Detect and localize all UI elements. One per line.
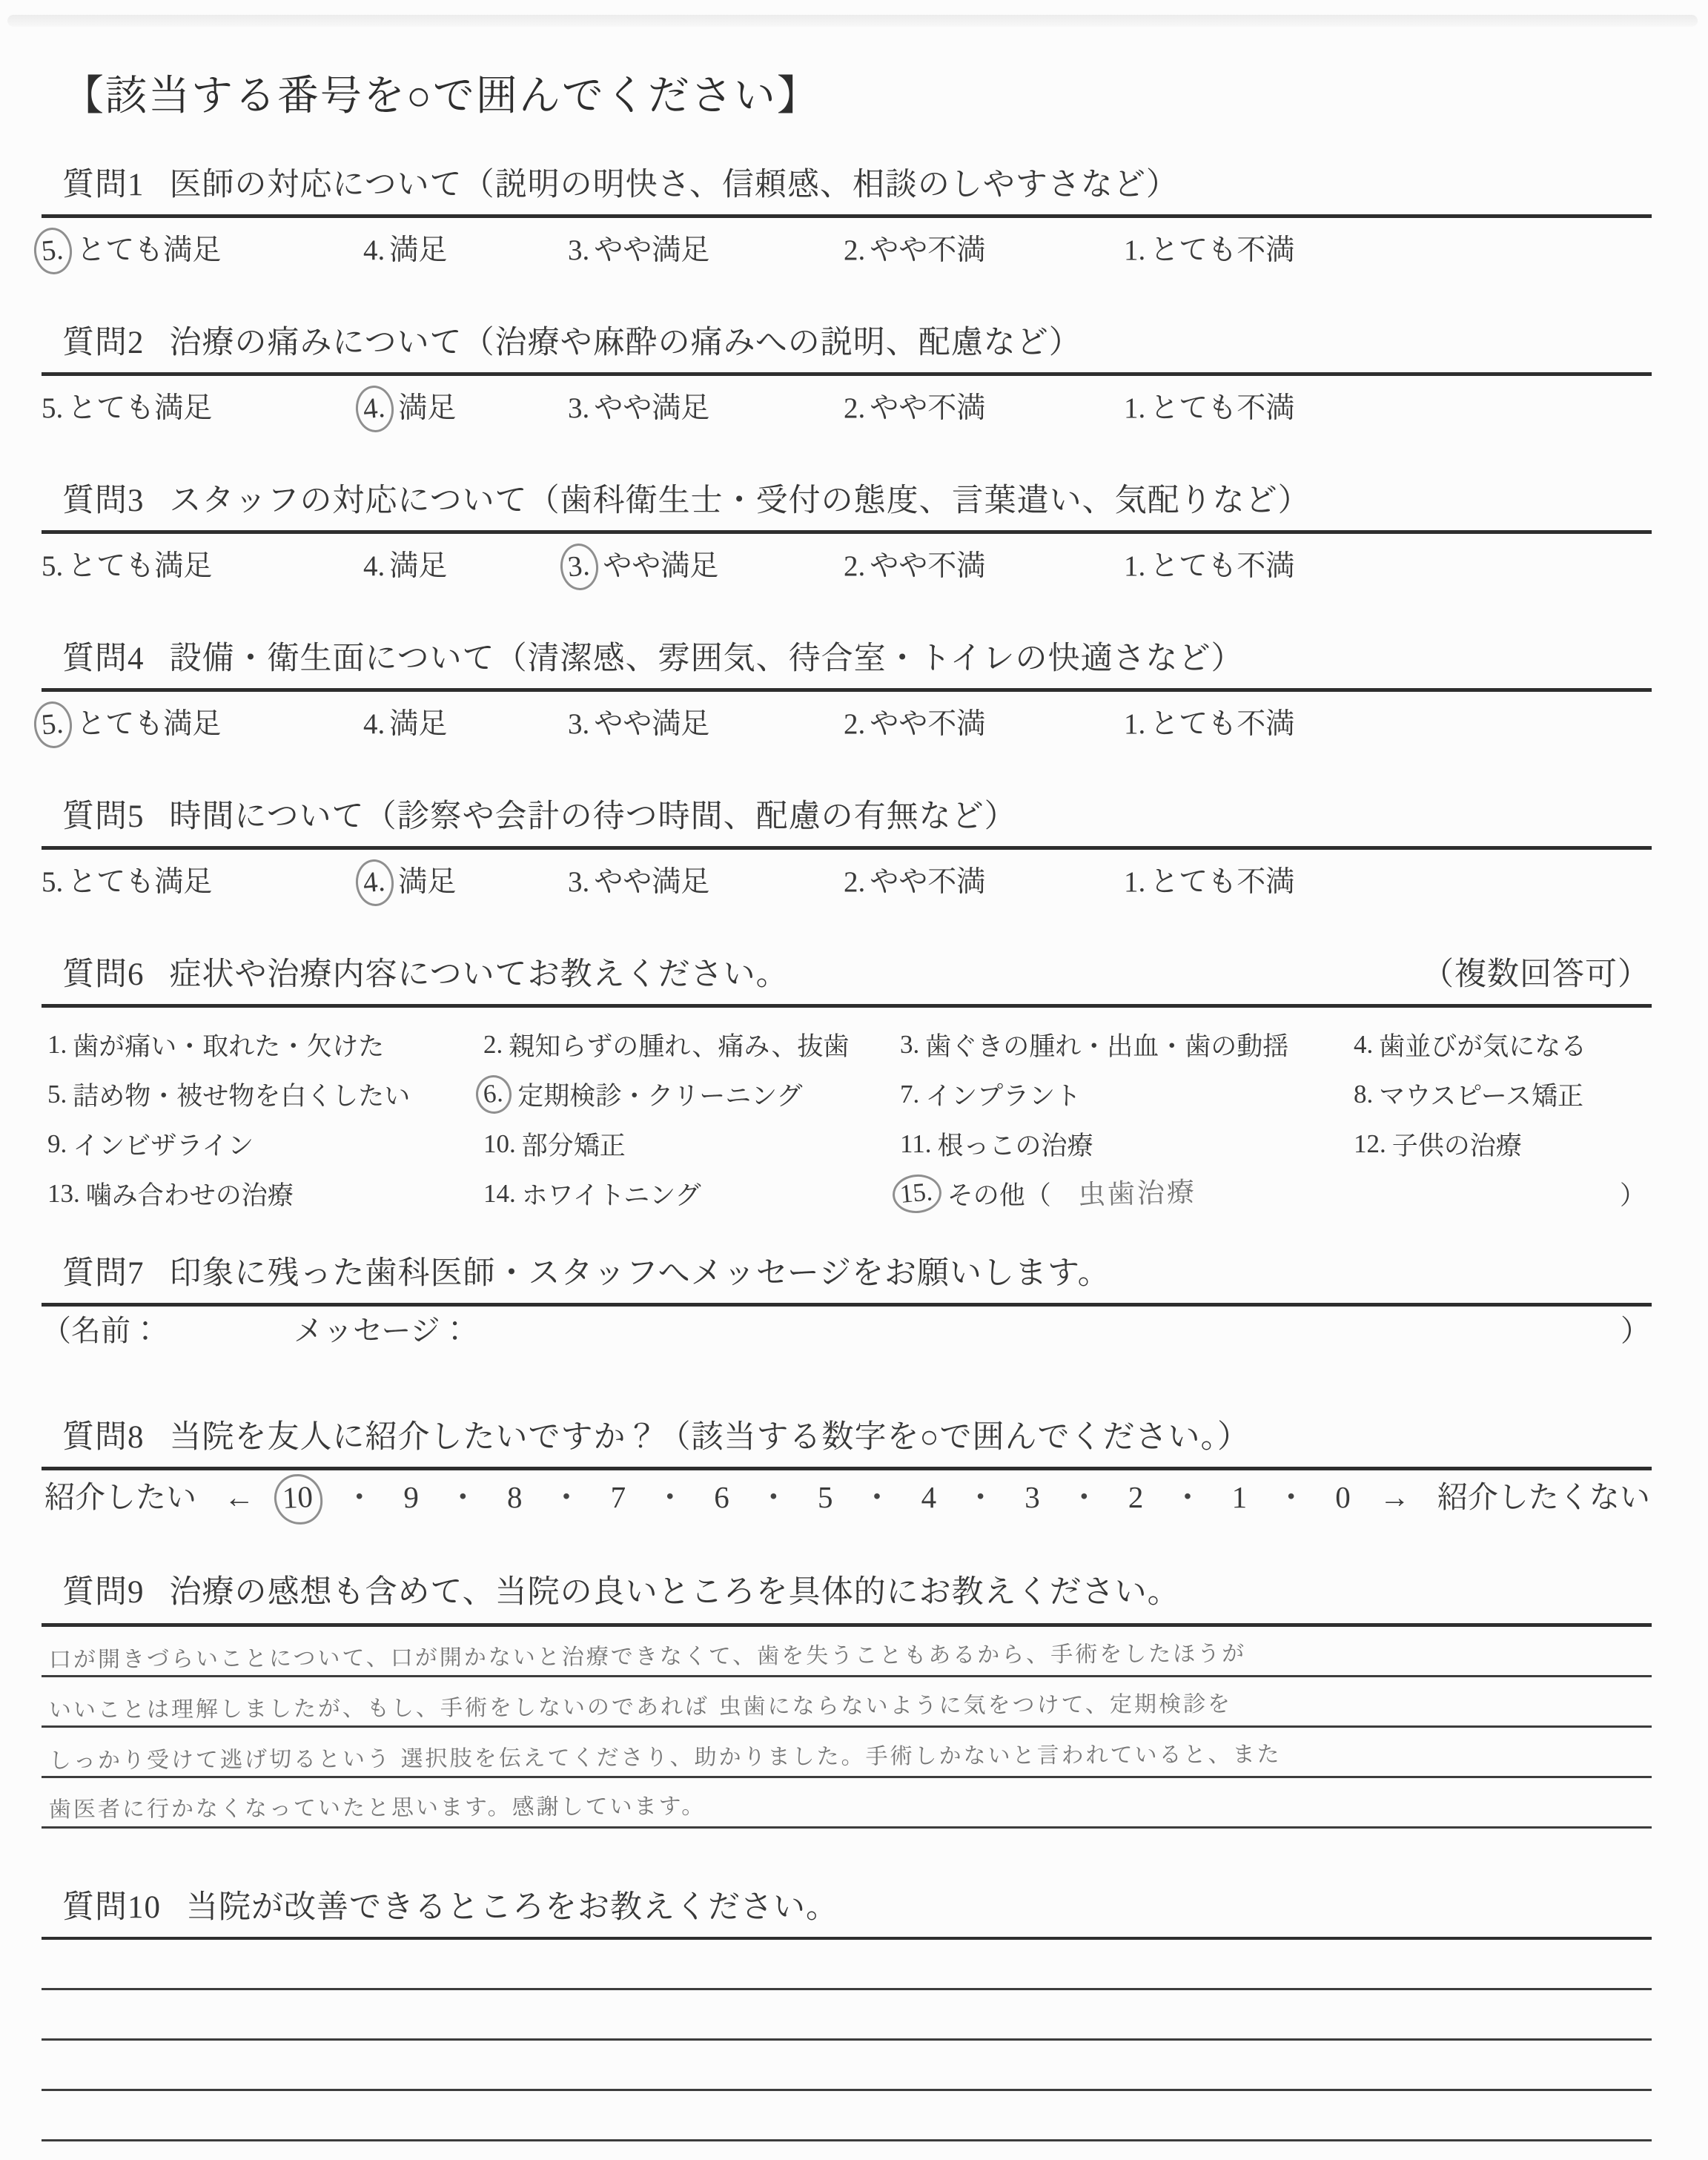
rating-option: 2.やや不満 [844, 863, 1124, 901]
ruled-line: 口が開きづらいことについて、口が開かないと治療できなくて、歯を失うこともあるから… [42, 1627, 1652, 1677]
option-number: 7. [900, 1080, 919, 1109]
option-label: とても不満 [1150, 234, 1294, 266]
question-7-header: 質問7印象に残った歯科医師・スタッフへメッセージをお願いします。 [62, 1254, 1650, 1294]
question-7-section: 質問7印象に残った歯科医師・スタッフへメッセージをお願いします。 （名前： メッ… [62, 1254, 1650, 1350]
symptom-option: 7.インプラント [900, 1069, 1354, 1119]
option-label: 親知らずの腫れ、痛み、抜歯 [509, 1026, 849, 1063]
option-label: 満足 [398, 866, 456, 898]
option-label: 部分矯正 [522, 1126, 626, 1163]
option-label: とても満足 [67, 550, 212, 582]
rating-option: 3.やや満足 [568, 863, 844, 901]
dot-separator: ・ [552, 1478, 582, 1516]
divider-line [42, 1467, 1652, 1470]
symptom-option-other: 15.その他（虫歯治療 [900, 1169, 1354, 1218]
survey-sheet: 【該当する番号を○で囲んでください】 質問1医師の対応について（説明の明快さ、信… [0, 70, 1708, 2141]
answer-lines [42, 1937, 1652, 2141]
option-label: やや不満 [870, 392, 985, 424]
answer-lines: 口が開きづらいことについて、口が開かないと治療できなくて、歯を失うこともあるから… [42, 1623, 1652, 1829]
option-label: やや満足 [594, 708, 709, 740]
option-number: 2. [844, 550, 865, 582]
question-title: 治療の痛みについて（治療や麻酔の痛みへの説明、配慮など） [170, 326, 1082, 360]
question-8-section: 質問8当院を友人に紹介したいですか？（該当する数字を○で囲んでください。） 紹介… [62, 1418, 1650, 1516]
symptom-options-grid: 1.歯が痛い・取れた・欠けた 2.親知らずの腫れ、痛み、抜歯 3.歯ぐきの腫れ・… [47, 1020, 1650, 1218]
divider-line [42, 846, 1652, 850]
question-number: 質問8 [62, 1420, 145, 1455]
option-number: 4. [363, 550, 385, 582]
question-title: 当院が改善できるところをお教えください。 [186, 1890, 838, 1925]
scale-number-7: 7 [609, 1478, 628, 1516]
left-arrow: ← [224, 1478, 254, 1516]
rating-options-row: 5.とても満足 4.満足 3.やや満足 2.やや不満 1.とても不満 [42, 705, 1650, 744]
option-number: 5. [32, 226, 74, 276]
question-title: 時間について（診察や会計の待つ時間、配慮の有無など） [170, 799, 1017, 834]
rating-option: 5.とても満足 [42, 231, 363, 270]
scale-number-5: 5 [816, 1478, 835, 1516]
option-number: 5. [32, 700, 74, 750]
question-title: 治療の感想も含めて、当院の良いところを具体的にお教えください。 [170, 1575, 1180, 1610]
option-label: 満足 [389, 708, 447, 740]
option-number: 4. [363, 708, 385, 740]
option-number: 14. [483, 1179, 516, 1209]
option-number: 13. [47, 1179, 80, 1209]
rating-option: 5.とても満足 [42, 389, 363, 427]
option-number: 12. [1354, 1129, 1386, 1159]
symptom-option: 5.詰め物・被せ物を白くしたい [47, 1069, 483, 1119]
option-label: インプラント [925, 1076, 1081, 1113]
multiple-answers-note: （複数回答可） [1422, 955, 1650, 995]
scale-right-label: 紹介したくない [1437, 1478, 1650, 1516]
dot-separator: ・ [1276, 1478, 1306, 1516]
rating-option: 4.満足 [363, 389, 568, 428]
question-number: 質問6 [62, 957, 145, 992]
question-10-section: 質問10当院が改善できるところをお教えください。 [62, 1888, 1650, 2141]
option-label: やや不満 [870, 550, 985, 582]
question-number: 質問9 [62, 1575, 145, 1610]
rating-options-row: 5.とても満足 4.満足 3.やや満足 2.やや不満 1.とても不満 [42, 389, 1650, 428]
ruled-line: しっかり受けて逃げ切るという 選択肢を伝えてくださり、助かりました。手術しかない… [42, 1728, 1652, 1778]
divider-line [42, 1004, 1652, 1008]
option-label: やや満足 [594, 234, 709, 266]
option-number: 3. [568, 392, 589, 424]
handwritten-other-answer: 虫歯治療 [1077, 1169, 1196, 1212]
question-1-section: 質問1医師の対応について（説明の明快さ、信頼感、相談のしやすさなど） 5.とても… [62, 165, 1650, 270]
rating-option: 3.やや満足 [568, 389, 844, 427]
rating-option: 5.とても満足 [42, 705, 363, 744]
dot-separator: ・ [344, 1478, 374, 1516]
rating-option: 1.とても不満 [1124, 389, 1650, 427]
symptom-option: 3.歯ぐきの腫れ・出血・歯の動揺 [900, 1020, 1354, 1069]
option-number: 4. [1354, 1030, 1373, 1060]
option-label: 歯ぐきの腫れ・出血・歯の動揺 [925, 1026, 1288, 1063]
divider-line [42, 214, 1652, 218]
nps-scale-row: 紹介したい ← 10 ・ 9 ・ 8 ・ 7 ・ 6 ・ 5 ・ 4 ・ 3 ・… [44, 1478, 1650, 1516]
rating-options-row: 5.とても満足 4.満足 3.やや満足 2.やや不満 1.とても不満 [42, 547, 1650, 586]
question-9-section: 質問9治療の感想も含めて、当院の良いところを具体的にお教えください。 口が開きづ… [62, 1573, 1650, 1829]
rating-option: 2.やや不満 [844, 389, 1124, 427]
ruled-line: いいことは理解しましたが、もし、手術をしないのであれば 虫歯にならないように気を… [42, 1677, 1652, 1728]
handwritten-answer-line: 歯医者に行かなくなっていたと思います。感謝しています。 [49, 1794, 706, 1823]
option-number: 1. [1124, 234, 1145, 266]
question-10-header: 質問10当院が改善できるところをお教えください。 [62, 1888, 1650, 1928]
dot-separator: ・ [758, 1478, 789, 1516]
scale-number-1: 1 [1231, 1478, 1249, 1516]
question-6-section: 質問6症状や治療内容についてお教えください。 （複数回答可） 1.歯が痛い・取れ… [62, 955, 1650, 1218]
question-5-header: 質問5時間について（診察や会計の待つ時間、配慮の有無など） [62, 797, 1650, 837]
handwritten-answer-line: いいことは理解しましたが、もし、手術をしないのであれば 虫歯にならないように気を… [49, 1692, 1232, 1723]
question-2-header: 質問2治療の痛みについて（治療や麻酔の痛みへの説明、配慮など） [62, 323, 1650, 363]
dot-separator: ・ [448, 1478, 478, 1516]
option-label: インビザライン [73, 1126, 254, 1163]
option-number: 3. [568, 866, 589, 898]
option-number: 4. [363, 234, 385, 266]
message-field-label: メッセージ： [294, 1312, 470, 1350]
question-title: 印象に残った歯科医師・スタッフへメッセージをお願いします。 [170, 1256, 1110, 1291]
rating-option: 4.満足 [363, 547, 568, 585]
option-label: その他（ [947, 1175, 1051, 1212]
scale-left-label: 紹介したい [44, 1478, 196, 1516]
question-title: 当院を友人に紹介したいですか？（該当する数字を○で囲んでください。） [170, 1420, 1250, 1455]
dot-separator: ・ [1172, 1478, 1202, 1516]
option-number: 5. [42, 392, 63, 424]
rating-option: 2.やや不満 [844, 547, 1124, 585]
rating-option: 4.満足 [363, 863, 568, 902]
rating-option: 3.やや満足 [568, 705, 844, 743]
option-label: とても不満 [1150, 550, 1294, 582]
option-number: 2. [483, 1030, 503, 1060]
option-number: 9. [47, 1129, 67, 1159]
dot-separator: ・ [862, 1478, 893, 1516]
handwritten-answer-line: しっかり受けて逃げ切るという 選択肢を伝えてくださり、助かりました。手術しかない… [49, 1743, 1282, 1774]
closing-paren: ） [1354, 1169, 1650, 1218]
rating-options-row: 5.とても満足 4.満足 3.やや満足 2.やや不満 1.とても不満 [42, 863, 1650, 902]
question-2-section: 質問2治療の痛みについて（治療や麻酔の痛みへの説明、配慮など） 5.とても満足 … [62, 323, 1650, 428]
symptom-option: 9.インビザライン [47, 1119, 483, 1169]
symptom-option: 13.噛み合わせの治療 [47, 1169, 483, 1218]
scale-number-8: 8 [506, 1478, 524, 1516]
option-number: 3. [568, 234, 589, 266]
option-number: 11. [900, 1129, 931, 1159]
name-field-label: （名前： [42, 1312, 160, 1350]
symptom-option: 10.部分矯正 [483, 1119, 900, 1169]
rating-option: 3.やや満足 [568, 231, 844, 269]
divider-line [42, 688, 1652, 692]
option-number: 1. [1124, 866, 1145, 898]
name-message-row: （名前： メッセージ： ） [42, 1312, 1650, 1350]
rating-option: 4.満足 [363, 231, 568, 269]
question-1-header: 質問1医師の対応について（説明の明快さ、信頼感、相談のしやすさなど） [62, 165, 1650, 205]
option-label: やや満足 [603, 550, 718, 582]
option-label: やや不満 [870, 234, 985, 266]
ruled-line [42, 1940, 1652, 1990]
ruled-line: 歯医者に行かなくなっていたと思います。感謝しています。 [42, 1778, 1652, 1829]
option-number: 3. [568, 708, 589, 740]
rating-option: 2.やや不満 [844, 231, 1124, 269]
symptom-option: 8.マウスピース矯正 [1354, 1069, 1650, 1119]
question-9-header: 質問9治療の感想も含めて、当院の良いところを具体的にお教えください。 [62, 1573, 1650, 1613]
option-label: ホワイトニング [522, 1175, 701, 1212]
ruled-line [42, 2041, 1652, 2091]
option-label: とても満足 [76, 234, 221, 266]
closing-paren: ） [1621, 1312, 1650, 1350]
question-number: 質問3 [62, 483, 145, 518]
rating-options-row: 5.とても満足 4.満足 3.やや満足 2.やや不満 1.とても不満 [42, 231, 1650, 270]
scan-artifact-band [7, 15, 1698, 27]
question-4-section: 質問4設備・衛生面について（清潔感、雰囲気、待合室・トイレの快適さなど） 5.と… [62, 639, 1650, 744]
question-number: 質問1 [62, 168, 145, 202]
dot-separator: ・ [655, 1478, 685, 1516]
rating-option: 1.とても不満 [1124, 705, 1650, 743]
divider-line [42, 372, 1652, 376]
symptom-option: 1.歯が痛い・取れた・欠けた [47, 1020, 483, 1069]
ruled-line [42, 2091, 1652, 2141]
question-title: 医師の対応について（説明の明快さ、信頼感、相談のしやすさなど） [170, 168, 1179, 202]
option-number: 1. [1124, 708, 1145, 740]
question-title: 設備・衛生面について（清潔感、雰囲気、待合室・トイレの快適さなど） [170, 641, 1244, 676]
option-number: 2. [844, 392, 865, 424]
rating-option: 5.とても満足 [42, 547, 363, 585]
rating-option: 5.とても満足 [42, 863, 363, 901]
ruled-line [42, 1990, 1652, 2041]
option-number: 5. [42, 550, 63, 582]
right-arrow: → [1380, 1478, 1410, 1516]
option-label: 歯が痛い・取れた・欠けた [73, 1026, 384, 1063]
scale-number-10: 10 [282, 1478, 317, 1516]
scale-number-2: 2 [1127, 1478, 1145, 1516]
option-label: やや満足 [594, 392, 709, 424]
rating-option: 1.とても不満 [1124, 547, 1650, 585]
symptom-option: 12.子供の治療 [1354, 1119, 1650, 1169]
scale-number-9: 9 [402, 1478, 420, 1516]
rating-option: 3.やや満足 [568, 547, 844, 586]
option-label: 詰め物・被せ物を白くしたい [73, 1076, 410, 1113]
option-label: とても満足 [67, 866, 212, 898]
divider-line [42, 1303, 1652, 1307]
scale-value: 10 [273, 1473, 323, 1525]
symptom-option: 4.歯並びが気になる [1354, 1020, 1650, 1069]
symptom-option: 2.親知らずの腫れ、痛み、抜歯 [483, 1020, 900, 1069]
option-number: 3. [900, 1030, 919, 1060]
option-number: 2. [844, 234, 865, 266]
option-label: 歯並びが気になる [1379, 1026, 1586, 1063]
option-number: 2. [844, 708, 865, 740]
option-label: 根っこの治療 [937, 1126, 1093, 1163]
question-8-header: 質問8当院を友人に紹介したいですか？（該当する数字を○で囲んでください。） [62, 1418, 1650, 1458]
scale-number-4: 4 [920, 1478, 939, 1516]
rating-option: 2.やや不満 [844, 705, 1124, 743]
question-number: 質問4 [62, 641, 145, 676]
option-label: とても不満 [1150, 708, 1294, 740]
option-number: 1. [1124, 392, 1145, 424]
divider-line [42, 530, 1652, 534]
option-label: マウスピース矯正 [1379, 1076, 1583, 1113]
question-number: 質問7 [62, 1256, 145, 1291]
dot-separator: ・ [1069, 1478, 1099, 1516]
option-label: 満足 [389, 550, 447, 582]
option-number: 5. [47, 1080, 67, 1109]
question-3-header: 質問3スタッフの対応について（歯科衛生士・受付の態度、言葉遣い、気配りなど） [62, 481, 1650, 521]
question-title: 症状や治療内容についてお教えください。 [170, 957, 789, 992]
question-4-header: 質問4設備・衛生面について（清潔感、雰囲気、待合室・トイレの快適さなど） [62, 639, 1650, 679]
option-number: 2. [844, 866, 865, 898]
option-number: 8. [1354, 1080, 1373, 1109]
page-title: 【該当する番号を○で囲んでください】 [62, 70, 1650, 122]
rating-option: 1.とても不満 [1124, 863, 1650, 901]
dot-separator: ・ [965, 1478, 996, 1516]
symptom-option: 14.ホワイトニング [483, 1169, 900, 1218]
scale-number-0: 0 [1334, 1478, 1352, 1516]
option-number: 10. [483, 1129, 516, 1159]
question-title: スタッフの対応について（歯科衛生士・受付の態度、言葉遣い、気配りなど） [170, 483, 1311, 518]
option-label: 噛み合わせの治療 [86, 1175, 294, 1212]
scale-number-6: 6 [712, 1478, 731, 1516]
option-label: 満足 [398, 392, 456, 424]
symptom-option: 11.根っこの治療 [900, 1119, 1354, 1169]
option-label: とても不満 [1150, 866, 1294, 898]
rating-option: 1.とても不満 [1124, 231, 1650, 269]
option-label: 満足 [389, 234, 447, 266]
option-label: とても満足 [67, 392, 212, 424]
option-label: 子供の治療 [1392, 1126, 1522, 1163]
question-number: 質問5 [62, 799, 145, 834]
question-number: 質問2 [62, 326, 145, 360]
option-number: 1. [47, 1030, 67, 1060]
option-label: とても満足 [76, 708, 221, 740]
option-number: 5. [42, 866, 63, 898]
handwritten-answer-line: 口が開きづらいことについて、口が開かないと治療できなくて、歯を失うこともあるから… [49, 1642, 1246, 1673]
option-label: やや満足 [594, 866, 709, 898]
question-3-section: 質問3スタッフの対応について（歯科衛生士・受付の態度、言葉遣い、気配りなど） 5… [62, 481, 1650, 586]
question-5-section: 質問5時間について（診察や会計の待つ時間、配慮の有無など） 5.とても満足 4.… [62, 797, 1650, 902]
option-label: とても不満 [1150, 392, 1294, 424]
question-number: 質問10 [62, 1890, 161, 1925]
question-6-header: 質問6症状や治療内容についてお教えください。 [62, 955, 789, 995]
option-label: やや不満 [870, 866, 985, 898]
rating-option: 4.満足 [363, 705, 568, 743]
symptom-option: 6.定期検診・クリーニング [483, 1069, 900, 1119]
option-label: やや不満 [870, 708, 985, 740]
option-label: 定期検診・クリーニング [517, 1076, 802, 1113]
option-number: 1. [1124, 550, 1145, 582]
scale-number-3: 3 [1023, 1478, 1042, 1516]
